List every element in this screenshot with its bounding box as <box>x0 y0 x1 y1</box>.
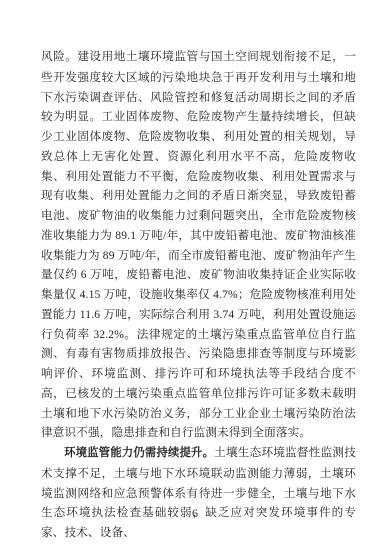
page-number: 6 <box>0 506 390 521</box>
document-page: 风险。建设用地土壤环境监管与国土空间规划衔接不足，一些开发强度较大区域的污染地块… <box>0 0 390 551</box>
paragraph-1: 风险。建设用地土壤环境监管与国土空间规划衔接不足，一些开发强度较大区域的污染地块… <box>41 47 356 443</box>
body-text: 风险。建设用地土壤环境监管与国土空间规划衔接不足，一些开发强度较大区域的污染地块… <box>41 47 356 543</box>
paragraph-2-text: 土壤生态环境监督性监测技术支撑不足，土壤与地下水环境联动监测能力薄弱，土壤环境监… <box>41 446 356 539</box>
paragraph-2-bold-lead: 环境监管能力仍需持续提升。 <box>64 447 214 459</box>
paragraph-1-text: 风险。建设用地土壤环境监管与国土空间规划衔接不足，一些开发强度较大区域的污染地块… <box>41 50 356 439</box>
paragraph-2: 环境监管能力仍需持续提升。土壤生态环境监督性监测技术支撑不足，土壤与地下水环境联… <box>41 443 356 543</box>
